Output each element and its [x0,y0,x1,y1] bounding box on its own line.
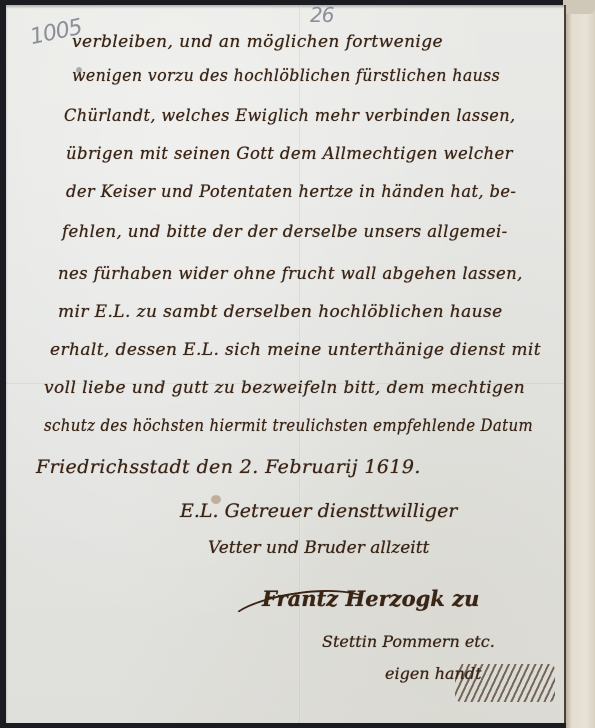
handwritten-text: erhalt, dessen E.L. sich meine unterthän… [50,340,541,360]
text-line-10: voll liebe und gutt zu bezweifeln bitt, … [44,374,532,408]
manuscript-scan: 1005 26 verbleiben, und an möglichen for… [0,0,595,728]
folio-number-top: 26 [310,3,333,27]
handwritten-text: der Keiser und Potentaten hertze in händ… [66,182,516,202]
signature-paraph [455,664,555,702]
text-line-1: verbleiben, und an möglichen fortwenige [72,28,560,62]
text-line-5: der Keiser und Potentaten hertze in händ… [66,178,554,212]
closing-text: E.L. Getreuer diensttwilliger [180,500,457,522]
closing-text: Vetter und Bruder allzeitt [208,538,429,558]
text-line-12-date: Friedrichsstadt den 2. Februarij 1619. [36,452,524,486]
handwritten-text: Chürlandt, welches Ewiglich mehr verbind… [64,106,516,126]
handwritten-text: fehlen, und bitte der der derselbe unser… [62,222,508,242]
text-line-4: übrigen mit seinen Gott dem Allmechtigen… [66,140,554,174]
binding-tab [563,0,595,14]
text-line-11: schutz des höchsten hiermit treulichsten… [44,412,532,446]
handwritten-text: nes fürhaben wider ohne frucht wall abge… [58,264,523,284]
handwritten-text: verbleiben, und an möglichen fortwenige [72,32,443,52]
handwritten-text: übrigen mit seinen Gott dem Allmechtigen… [66,144,513,164]
handwritten-text: voll liebe und gutt zu bezweifeln bitt, … [44,378,525,398]
signature-title: Stettin Pommern etc. [322,632,495,651]
text-line-3: Chürlandt, welches Ewiglich mehr verbind… [64,102,552,136]
text-line-8: mir E.L. zu sambt derselben hochlöbliche… [58,298,546,332]
date-line: Friedrichsstadt den 2. Februarij 1619. [36,456,421,478]
text-line-6: fehlen, und bitte der der derselbe unser… [62,218,550,252]
text-line-7: nes fürhaben wider ohne frucht wall abge… [58,260,546,294]
handwritten-text: wenigen vorzu des hochlöblichen fürstlic… [72,66,500,86]
adjacent-leaf-edge [566,0,595,728]
handwritten-text: schutz des höchsten hiermit treulichsten… [44,416,533,436]
text-line-9: erhalt, dessen E.L. sich meine unterthän… [50,336,538,370]
text-line-2: wenigen vorzu des hochlöblichen fürstlic… [72,62,560,96]
handwritten-text: mir E.L. zu sambt derselben hochlöbliche… [58,302,503,322]
signature-name: Frantz Herzogk zu [262,586,479,611]
